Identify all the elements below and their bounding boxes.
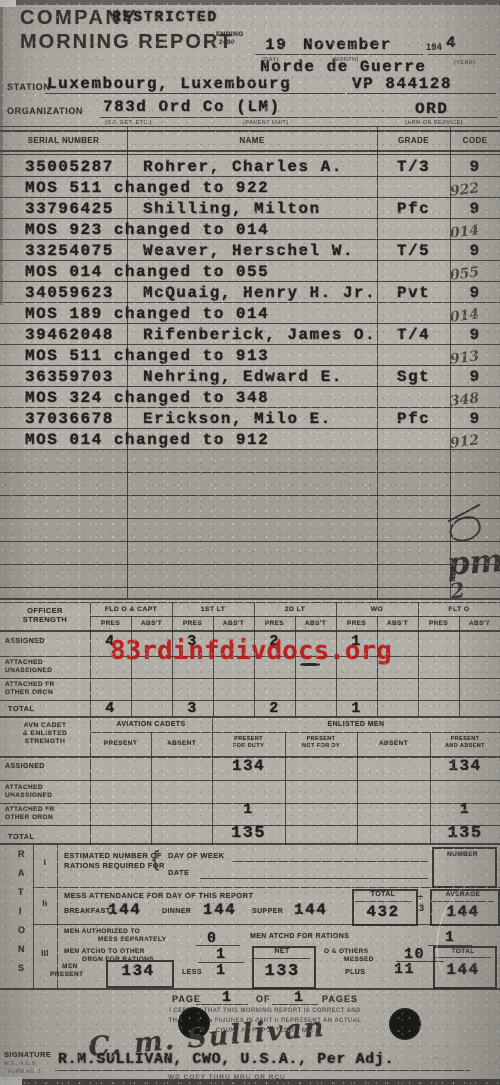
rations-side-letter: I xyxy=(19,906,22,916)
plus-value: 11 xyxy=(394,961,415,978)
row-attached-fr-1: ATTACHED FR xyxy=(5,806,55,813)
station-label: STATION xyxy=(7,82,51,92)
soldier-name: Erickson, Milo E. xyxy=(143,410,332,428)
group-aviation-cadets: AVIATION CADETS xyxy=(90,721,212,728)
serial-number: 36359703 xyxy=(25,368,114,386)
rule xyxy=(0,988,500,990)
mos-remark: MOS 014 changed to 055 xyxy=(25,263,269,281)
rule xyxy=(0,130,500,132)
enlisted-total-pa: 135 xyxy=(430,824,500,843)
rule xyxy=(131,616,132,716)
rule xyxy=(0,260,500,261)
group-fld-o-capt: FLD O & CAPT xyxy=(90,606,172,613)
dinner-value: 144 xyxy=(203,901,236,919)
men-present-value: 134 xyxy=(106,962,170,980)
serial-number: 37036678 xyxy=(25,410,114,428)
mos-remark: MOS 511 changed to 922 xyxy=(25,179,269,197)
divide-sign: ÷ xyxy=(418,892,423,902)
morning-report-scan: COMPANY RESTRICTED MORNING REPORT ENDING… xyxy=(0,0,500,1085)
pages-label: PAGES xyxy=(322,994,358,1004)
group-flt-o: FLT O xyxy=(418,606,500,613)
officers-total-value: 1 xyxy=(336,700,377,717)
rations-side-letter: A xyxy=(18,868,25,878)
rule xyxy=(213,616,214,716)
section-numeral-1: I xyxy=(33,858,57,867)
form-fine-print-2: FORM NO. 1 xyxy=(8,1069,41,1075)
scan-edge-bottom xyxy=(0,1079,500,1085)
col-present-and-absent-1: PRESENT xyxy=(430,736,500,742)
rule xyxy=(0,630,500,632)
rations-side-letter: R xyxy=(18,849,25,859)
col-present-for-duty-2: FOR DUTY xyxy=(212,743,285,749)
classification-stamp: RESTRICTED xyxy=(112,9,218,26)
day-of-week-label: DAY OF WEEK xyxy=(168,851,225,860)
fine-print-smudge: ·· ·· ······ xyxy=(420,1056,444,1062)
o-and-others-1: O & OTHERS xyxy=(324,948,368,955)
row-assigned: ASSIGNED xyxy=(5,763,45,770)
men-atchd-rations-label: MEN ATCHD FOR RATIONS xyxy=(250,933,349,940)
section-numeral-3: III xyxy=(33,949,57,958)
signature-label: SIGNATURE xyxy=(4,1050,51,1059)
code: 9 xyxy=(450,368,500,386)
rule xyxy=(0,386,500,387)
signature-typed: R.M.SULLIVAN, CWO, U.S.A., Per Adj. xyxy=(58,1051,394,1068)
group-1st-lt: 1ST LT xyxy=(172,606,254,613)
rule xyxy=(295,616,296,716)
rule xyxy=(0,495,500,496)
rule xyxy=(0,428,500,429)
code: 9 xyxy=(450,242,500,260)
rule xyxy=(0,541,500,542)
pres-col-label: PRES xyxy=(336,620,377,627)
organization-label: ORGANIZATION xyxy=(7,106,83,116)
col-present: PRESENT xyxy=(90,740,151,747)
rule xyxy=(0,126,500,127)
arm-service-value: ORD xyxy=(415,100,448,118)
group-enlisted-men: ENLISTED MEN xyxy=(212,721,500,728)
rule xyxy=(0,323,500,324)
parent-unit-caption: (PARENT UNIT) xyxy=(243,120,288,126)
row-total: TOTAL xyxy=(8,704,34,713)
rule xyxy=(0,518,500,519)
abst-col-label: ABS'T xyxy=(213,620,254,627)
rule xyxy=(45,93,345,94)
row-attached-1: ATTACHED xyxy=(5,784,43,791)
mos-remark: MOS 923 changed to 014 xyxy=(25,221,269,239)
rule xyxy=(0,449,500,450)
rule xyxy=(200,878,428,879)
page-number: 1 xyxy=(222,989,233,1006)
rule xyxy=(0,587,500,588)
rule xyxy=(0,281,500,282)
rule xyxy=(0,365,500,366)
soldier-name: Nehring, Edward E. xyxy=(143,368,343,386)
grade: Pvt xyxy=(377,284,450,302)
co-det-caption: (CO. DET. ETC.) xyxy=(105,120,152,126)
serial-number: 33796425 xyxy=(25,200,114,218)
soldier-name: Shilling, Milton xyxy=(143,200,321,218)
enlisted-attached-pfd: 1 xyxy=(212,801,285,818)
grade: Pfc xyxy=(377,410,450,428)
rule xyxy=(0,154,500,155)
enlisted-total-pfd: 135 xyxy=(212,824,285,843)
rations-side-letter: N xyxy=(18,944,25,954)
station-value: Luxembourg, Luxembourg xyxy=(47,75,291,93)
section-numeral-2: II xyxy=(33,899,57,908)
group-wo: WO xyxy=(336,606,418,613)
rule xyxy=(428,54,496,55)
date-month-value: November xyxy=(303,36,392,54)
abst-col-label: ABS'T xyxy=(377,620,418,627)
row-attached-fr-2: OTHER ORGN xyxy=(5,814,53,821)
less-value: 1 xyxy=(216,962,227,979)
men-present-label-1: MEN xyxy=(62,963,78,970)
breakfast-label: BREAKFAST xyxy=(64,908,110,915)
rule xyxy=(0,218,500,219)
row-attached-fr-1: ATTACHED FR xyxy=(5,681,55,688)
col-header-code: CODE xyxy=(450,136,500,145)
grade: Pfc xyxy=(377,200,450,218)
number-box-label: NUMBER xyxy=(432,851,493,858)
form-title-line2: MORNING REPORT xyxy=(20,31,234,54)
rule xyxy=(55,1070,470,1071)
rations-estimated-1: ESTIMATED NUMBER OF xyxy=(64,851,162,860)
serial-number: 34059623 xyxy=(25,284,114,302)
enlisted-header-2: & ENLISTED xyxy=(0,730,90,737)
rule xyxy=(255,54,423,55)
row-attached-fr-2: OTHER ORGN xyxy=(5,689,53,696)
page-label: PAGE xyxy=(172,994,201,1004)
rule xyxy=(0,564,500,565)
rule xyxy=(232,861,428,862)
col-header-grade: GRADE xyxy=(377,136,450,145)
breakfast-value: 144 xyxy=(108,901,141,919)
officers-total-value: 3 xyxy=(172,700,213,717)
supper-value: 144 xyxy=(294,901,327,919)
officers-total-value: 2 xyxy=(254,700,295,717)
col-header-serial: SERIAL NUMBER xyxy=(0,136,127,145)
rule xyxy=(0,602,500,603)
enlisted-assigned-pfd: 134 xyxy=(212,757,285,775)
rule xyxy=(90,718,91,845)
net-box-label: NET xyxy=(252,948,312,955)
abst-col-label: ABS'T xyxy=(131,620,172,627)
serial-number: 39462048 xyxy=(25,326,114,344)
rule xyxy=(0,678,500,679)
certification-line-1: I CERTIFY THAT THIS MORNING REPORT IS CO… xyxy=(110,1008,420,1014)
pres-col-label: PRES xyxy=(172,620,213,627)
code: 9 xyxy=(450,200,500,218)
form-fine-print-1: W.D., A.G.O. xyxy=(4,1061,38,1067)
rule xyxy=(0,176,500,177)
code: 9 xyxy=(450,284,500,302)
supper-label: SUPPER xyxy=(252,908,283,915)
rule xyxy=(0,700,500,701)
officer-strength-header-1: OFFICER xyxy=(0,606,90,615)
rule xyxy=(57,845,58,989)
enlisted-attached-pa: 1 xyxy=(430,801,500,818)
group-2d-lt: 2D LT xyxy=(254,606,336,613)
rule xyxy=(0,472,500,473)
pres-col-label: PRES xyxy=(254,620,295,627)
serial-number: 35005287 xyxy=(25,158,114,176)
date-day-value: 19 xyxy=(265,36,287,54)
soldier-name: Rifenberick, James O. xyxy=(143,326,376,344)
mess-separately-value: 0 xyxy=(207,930,218,947)
abst-col-label: ABS'T xyxy=(295,620,336,627)
row-total: TOTAL xyxy=(8,832,34,841)
date-year-value: 4 xyxy=(446,34,457,52)
row-attached-1: ATTACHED xyxy=(5,659,43,666)
rule xyxy=(0,239,500,240)
ending-label: ENDING xyxy=(216,31,244,38)
grade: T/5 xyxy=(377,242,450,260)
rule xyxy=(0,302,500,303)
code-name-value: Norde de Guerre xyxy=(260,58,427,76)
pres-col-label: PRES xyxy=(90,620,131,627)
rule xyxy=(347,93,496,94)
dinner-label: DINNER xyxy=(162,908,191,915)
grade: T/3 xyxy=(377,158,450,176)
code: 9 xyxy=(450,410,500,428)
scan-edge-left xyxy=(0,5,3,305)
col-absent-2: ABSENT xyxy=(357,740,430,747)
scan-edge-top xyxy=(14,0,500,5)
serial-number: 33254075 xyxy=(25,242,114,260)
scan-corner-bottomleft xyxy=(0,1077,22,1085)
officers-total-value: 4 xyxy=(90,700,131,717)
total-box-label: TOTAL xyxy=(352,891,414,898)
enlisted-header-3: STRENGTH xyxy=(0,738,90,745)
men-authorized-2: MESS SEPARATELY xyxy=(98,936,166,943)
rations-side-letter: O xyxy=(18,925,25,935)
rations-side-letter: T xyxy=(18,887,24,897)
mos-remark: MOS 511 changed to 913 xyxy=(25,347,269,365)
divide-by-3: 3 xyxy=(419,903,424,913)
atchd-other-orgn-value: 1 xyxy=(216,946,227,963)
soldier-name: Weaver, Herschel W. xyxy=(143,242,354,260)
of-label: OF xyxy=(256,994,271,1004)
men-authorized-1: MEN AUTHORIZED TO xyxy=(64,928,140,935)
col-present-for-duty-1: PRESENT xyxy=(212,736,285,742)
rule xyxy=(377,616,378,716)
o-and-others-2: MESSED xyxy=(344,956,374,963)
punch-hole-right xyxy=(389,1008,421,1040)
col-present-and-absent-2: AND ABSENT xyxy=(430,743,500,749)
col-absent: ABSENT xyxy=(151,740,212,747)
enlisted-header-1: AVN CADET xyxy=(0,722,90,729)
atchd-other-orgn-1: MEN ATCHD TO OTHER xyxy=(64,948,145,955)
rule xyxy=(0,716,500,718)
col-header-name: NAME xyxy=(127,136,377,145)
grade: Sgt xyxy=(377,368,450,386)
row-attached-2: UNASSIGNED xyxy=(5,667,52,674)
arm-service-caption: (ARM OR SERVICE) xyxy=(405,120,463,126)
row-attached-2: UNASSIGNED xyxy=(5,792,52,799)
rule xyxy=(0,197,500,198)
mess-attendance-title: MESS ATTENDANCE FOR DAY OF THIS REPORT xyxy=(64,891,253,900)
col-present-not-for-dy-1: PRESENT xyxy=(285,736,357,742)
rule xyxy=(0,150,500,152)
officer-strength-header-2: STRENGTH xyxy=(0,615,90,624)
organization-value: 783d Ord Co (LM) xyxy=(103,98,281,116)
col-present-not-for-dy-2: NOT FOR DY xyxy=(285,743,357,749)
ending-2400-label: 2400 xyxy=(219,39,235,46)
mos-remark: MOS 189 changed to 014 xyxy=(25,305,269,323)
rule xyxy=(0,843,500,845)
mos-remark: MOS 014 changed to 912 xyxy=(25,431,269,449)
rations-estimated-2: RATIONS REQUIRED FOR xyxy=(64,861,165,870)
code: 9 xyxy=(450,326,500,344)
rule xyxy=(0,598,500,600)
rule xyxy=(0,407,500,408)
total-attendance-value: 432 xyxy=(352,903,414,921)
pages-number: 1 xyxy=(294,989,305,1006)
plus-label: PLUS xyxy=(345,969,365,976)
row-assigned: ASSIGNED xyxy=(5,638,45,645)
year-caption: (YEAR) xyxy=(454,60,475,66)
abst-col-label: ABS'T xyxy=(459,620,500,627)
scan-corner-topleft xyxy=(0,0,16,7)
code: 9 xyxy=(450,158,500,176)
station-code-value: VP 844128 xyxy=(352,75,452,93)
grade: T/4 xyxy=(377,326,450,344)
rule xyxy=(0,780,500,781)
men-present-label-2: PRESENT xyxy=(50,971,84,978)
soldier-name: Rohrer, Charles A. xyxy=(143,158,343,176)
date-label: DATE xyxy=(168,868,189,877)
rule xyxy=(459,616,460,716)
soldier-name: McQuaig, Henry H. Jr. xyxy=(143,284,376,302)
watermark: 83rdinfdivdocs.org xyxy=(110,636,392,666)
handwritten-pm-mark: pm xyxy=(446,541,500,583)
pres-col-label: PRES xyxy=(418,620,459,627)
less-label: LESS xyxy=(182,969,202,976)
rule xyxy=(100,117,368,118)
enlisted-assigned-pa: 134 xyxy=(430,757,500,775)
year-prefix: 194 xyxy=(426,42,442,52)
rule xyxy=(357,732,358,845)
brace: { xyxy=(152,846,160,872)
rule xyxy=(151,732,152,845)
net-value: 133 xyxy=(252,962,312,981)
rule xyxy=(0,344,500,345)
mos-remark: MOS 324 changed to 348 xyxy=(25,389,269,407)
rations-side-letter: S xyxy=(18,963,24,973)
